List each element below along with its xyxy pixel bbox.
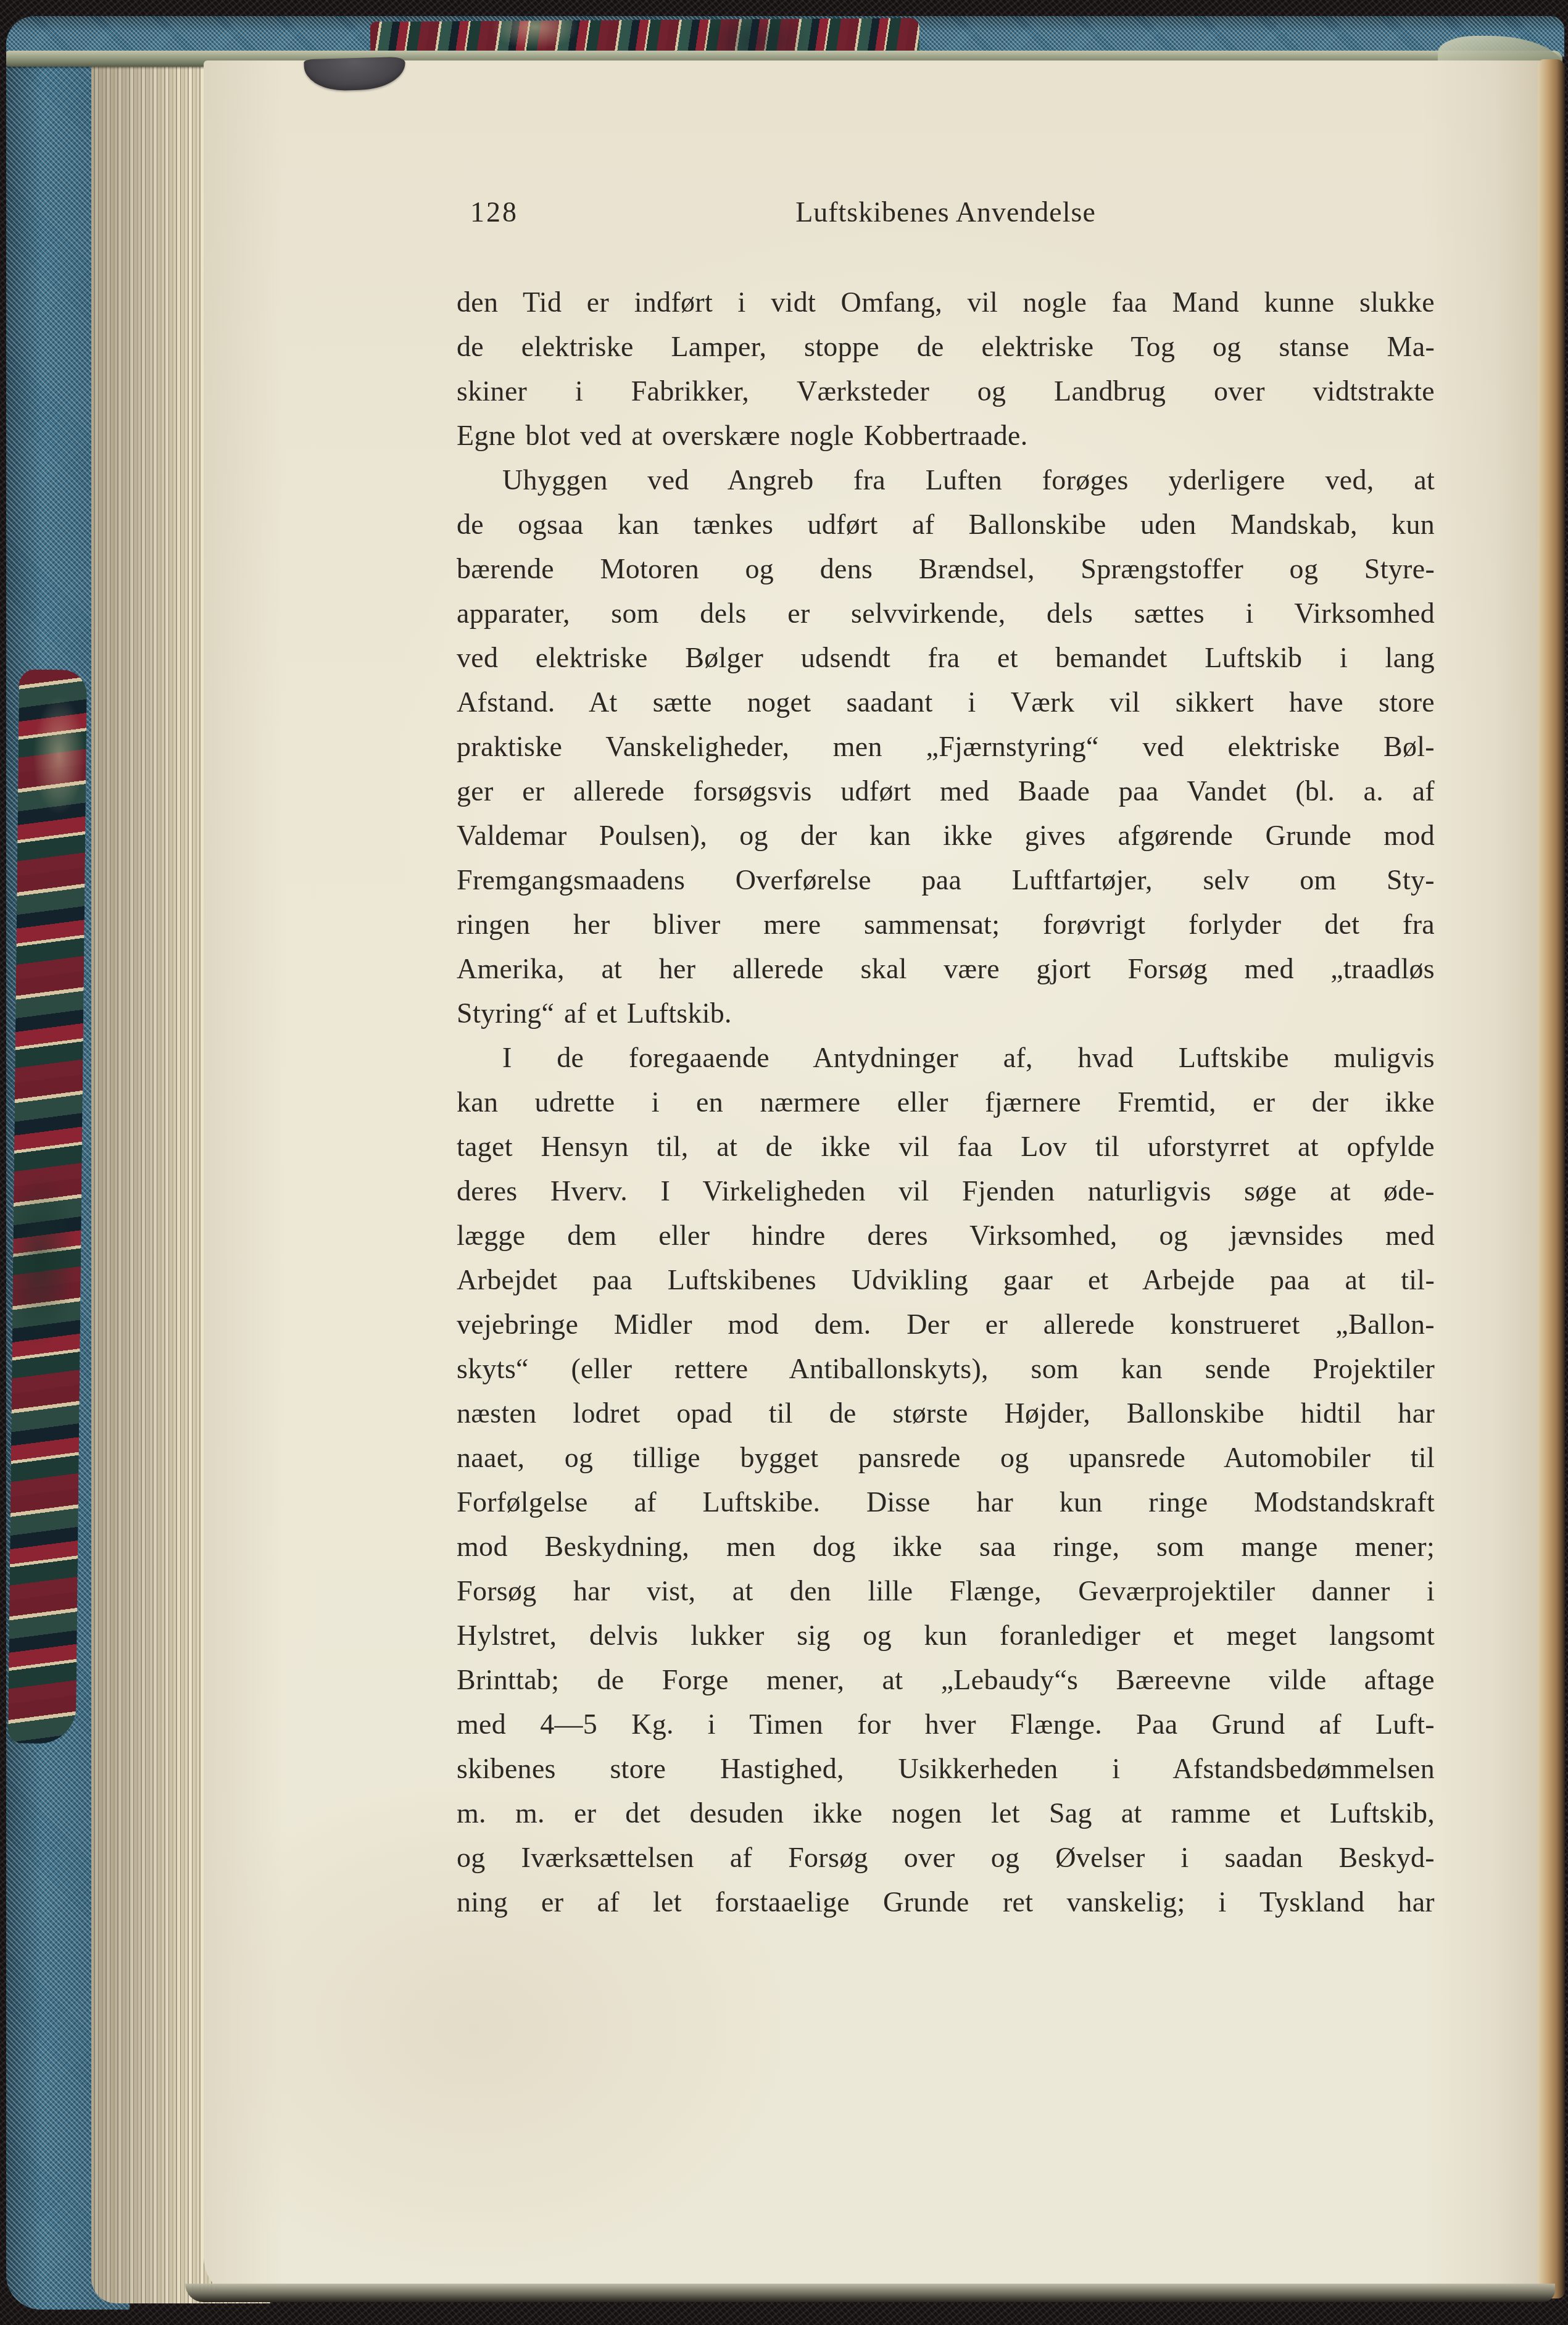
page-header: 128 Luftskibenes Anvendelse [457, 190, 1435, 235]
text-line: deres Hverv. I Virkeligheden vil Fjenden… [457, 1169, 1435, 1213]
text-line: de ogsaa kan tænkes udført af Ballonskib… [457, 502, 1435, 547]
running-header-title: Luftskibenes Anvendelse [457, 190, 1435, 235]
photo-background: 128 Luftskibenes Anvendelse den Tid er i… [0, 0, 1568, 2325]
text-line: skyts“ (eller rettere Antiballonskyts), … [457, 1347, 1435, 1391]
text-line: de elektriske Lamper, stoppe de elektris… [457, 325, 1435, 369]
text-line: Hylstret, delvis lukker sig og kun foran… [457, 1613, 1435, 1658]
text-line: ger er allerede forsøgsvis udført med Ba… [457, 769, 1435, 813]
text-line: Valdemar Poulsen), og der kan ikke gives… [457, 813, 1435, 858]
text-line: Fremgangsmaadens Overførelse paa Luftfar… [457, 858, 1435, 902]
text-line: kan udrette i en nærmere eller fjærnere … [457, 1080, 1435, 1125]
text-line: m. m. er det desuden ikke nogen let Sag … [457, 1791, 1435, 1836]
text-line: Amerika, at her allerede skal være gjort… [457, 947, 1435, 991]
text-line: ning er af let forstaaelige Grunde ret v… [457, 1880, 1435, 1924]
text-line: I de foregaaende Antydninger af, hvad Lu… [457, 1036, 1435, 1080]
text-line: ved elektriske Bølger udsendt fra et bem… [457, 636, 1435, 680]
page-fold-right-edge [1538, 59, 1565, 2298]
text-line: Styring“ af et Luftskib. [457, 991, 1435, 1036]
text-line: skiner i Fabrikker, Værksteder og Landbr… [457, 369, 1435, 414]
marbled-paper-spine-strip [8, 669, 87, 1744]
text-line: skibenes store Hastighed, Usikkerheden i… [457, 1747, 1435, 1791]
text-line: Arbejdet paa Luftskibenes Udvikling gaar… [457, 1258, 1435, 1302]
text-line: bærende Motoren og dens Brændsel, Spræng… [457, 547, 1435, 591]
text-line: praktiske Vanskeligheder, men „Fjærnstyr… [457, 725, 1435, 769]
text-line: Forsøg har vist, at den lille Flænge, Ge… [457, 1569, 1435, 1613]
text-line: med 4—5 Kg. i Timen for hver Flænge. Paa… [457, 1702, 1435, 1747]
text-block: den Tid er indført i vidt Omfang, vil no… [457, 280, 1435, 1924]
page-number: 128 [470, 190, 518, 235]
text-line: Brinttab; de Forge mener, at „Lebaudy“s … [457, 1658, 1435, 1702]
text-line: ringen her bliver mere sammensat; forøvr… [457, 902, 1435, 947]
text-line: Afstand. At sætte noget saadant i Værk v… [457, 680, 1435, 725]
text-line: apparater, som dels er selvvirkende, del… [457, 591, 1435, 636]
text-line: mod Beskydning, men dog ikke saa ringe, … [457, 1524, 1435, 1569]
book-page: 128 Luftskibenes Anvendelse den Tid er i… [204, 60, 1556, 2297]
text-line: taget Hensyn til, at de ikke vil faa Lov… [457, 1125, 1435, 1169]
text-line: lægge dem eller hindre deres Virksomhed,… [457, 1213, 1435, 1258]
text-line: naaet, og tillige bygget pansrede og upa… [457, 1436, 1435, 1480]
text-line: vejebringe Midler mod dem. Der er allere… [457, 1302, 1435, 1347]
text-line: og Iværksættelsen af Forsøg over og Øvel… [457, 1836, 1435, 1880]
text-line: den Tid er indført i vidt Omfang, vil no… [457, 280, 1435, 325]
text-line: Egne blot ved at overskære nogle Kobbert… [457, 414, 1435, 458]
text-line: Uhyggen ved Angreb fra Luften forøges yd… [457, 458, 1435, 502]
text-line: Forfølgelse af Luftskibe. Disse har kun … [457, 1480, 1435, 1524]
text-line: næsten lodret opad til de største Højder… [457, 1391, 1435, 1436]
bottom-page-edge-band [185, 2284, 1555, 2302]
